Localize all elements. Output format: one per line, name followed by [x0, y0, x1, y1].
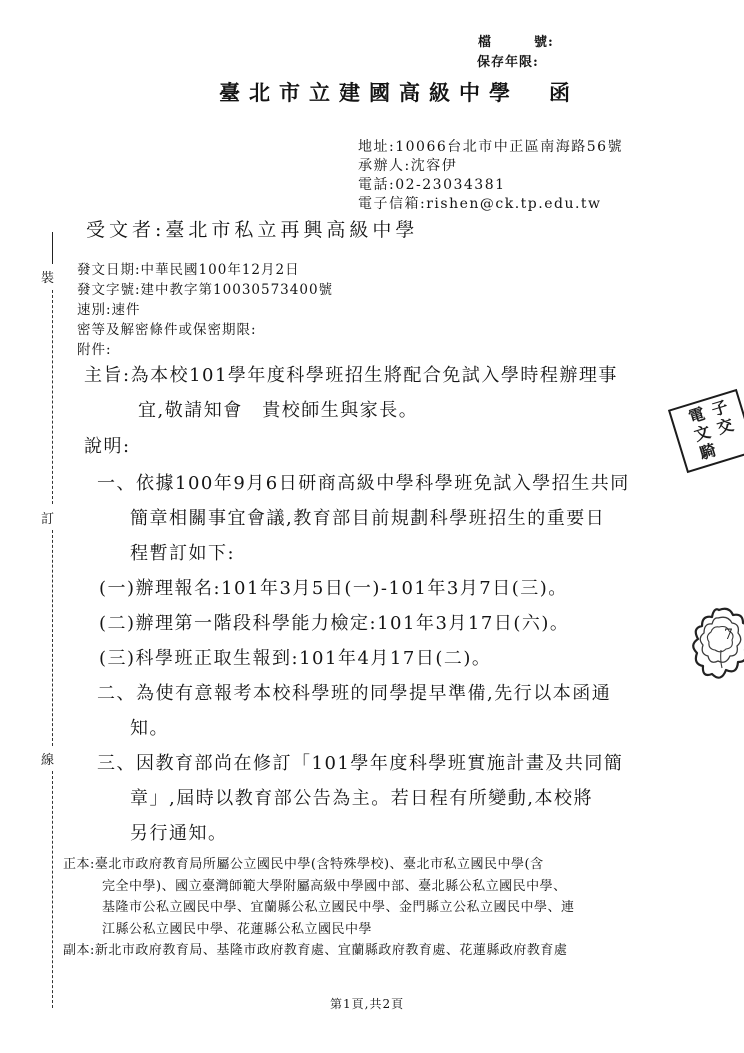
- scribble-seal-icon: 7: [691, 606, 744, 684]
- electronic-exchange-stamp: 電文騎 子交: [668, 389, 744, 473]
- explanation-item1-line2: 簡章相關事宜會議,教育部目前規劃科學班招生的重要日: [130, 509, 605, 530]
- schedule-line3: (三)科學班正取生報到:101年4月17日(二)。: [99, 649, 491, 670]
- original-recipients-line2: 完全中學)、國立臺灣師範大學附屬高級中學國中部、臺北縣公私立國民中學、: [102, 880, 567, 895]
- document-page: 檔 號: 保存年限: 臺北市立建國高級中學 函 地址:10066台北市中正區南海…: [0, 0, 744, 1053]
- retention-period-label: 保存年限:: [477, 56, 539, 71]
- scribble-number: 7: [724, 627, 733, 643]
- binding-line-solid: [52, 232, 53, 264]
- explanation-label: 說明:: [84, 437, 131, 458]
- recipient-line: 受文者:臺北市私立再興高級中學: [86, 220, 418, 242]
- sender-phone: 電話:02-23034381: [358, 177, 506, 193]
- binding-mark-xian: 線: [41, 749, 54, 768]
- document-title: 臺北市立建國高級中學 函: [219, 81, 579, 105]
- issue-date-line: 發文日期:中華民國100年12月2日: [77, 263, 300, 279]
- subject-line-1: 主旨:為本校101學年度科學班招生將配合免試入學時程辦理事: [84, 366, 618, 387]
- explanation-item3-line1: 三、因教育部尚在修訂「101學年度科學班實施計畫及共同簡: [97, 754, 623, 775]
- schedule-line2: (二)辦理第一階段科學能力檢定:101年3月17日(六)。: [99, 614, 569, 635]
- original-recipients-line1: 正本:臺北市政府教育局所屬公立國民中學(含特殊學校)、臺北市私立國民中學(含: [63, 858, 544, 873]
- sender-contact-person: 承辦人:沈容伊: [358, 158, 457, 174]
- security-line: 密等及解密條件或保密期限:: [77, 323, 257, 339]
- explanation-item2-line1: 二、為使有意報考本校科學班的同學提早準備,先行以本函通: [97, 684, 611, 705]
- explanation-item2-line2: 知。: [130, 719, 169, 740]
- binding-line-dashed-2: [52, 530, 53, 746]
- binding-line-dashed-1: [52, 290, 53, 504]
- priority-line: 速別:速件: [77, 303, 141, 319]
- original-recipients-line3: 基隆市公私立國民中學、宜蘭縣公私立國民中學、金門縣立公私立國民中學、連: [102, 901, 575, 916]
- file-number-label: 檔 號:: [478, 36, 554, 51]
- attachment-line: 附件:: [77, 343, 112, 359]
- explanation-item3-line3: 另行通知。: [130, 824, 228, 845]
- page-footer: 第1頁,共2頁: [330, 998, 404, 1012]
- explanation-item3-line2: 章」,屆時以教育部公告為主。若日程有所變動,本校將: [130, 789, 593, 810]
- explanation-item1-line3: 程暫訂如下:: [130, 544, 235, 565]
- subject-line-2: 宜,敬請知會 貴校師生與家長。: [138, 401, 418, 422]
- explanation-item1-line1: 一、依據100年9月6日研商高級中學科學班免試入學招生共同: [97, 474, 630, 495]
- sender-address: 地址:10066台北市中正區南海路56號: [358, 139, 623, 155]
- binding-mark-zhuang: 裝: [41, 267, 54, 286]
- original-recipients-line4: 江縣公私立國民中學、花蓮縣公私立國民中學: [102, 923, 372, 938]
- schedule-line1: (一)辦理報名:101年3月5日(一)-101年3月7日(三)。: [99, 579, 568, 600]
- binding-mark-ding: 訂: [41, 508, 54, 527]
- sender-email: 電子信箱:rishen@ck.tp.edu.tw: [358, 196, 602, 212]
- doc-number-line: 發文字號:建中教字第10030573400號: [77, 283, 333, 299]
- binding-line-dashed-3: [52, 771, 53, 1008]
- cc-recipients-line: 副本:新北市政府教育局、基隆市政府教育處、宜蘭縣政府教育處、花蓮縣政府教育處: [63, 944, 567, 959]
